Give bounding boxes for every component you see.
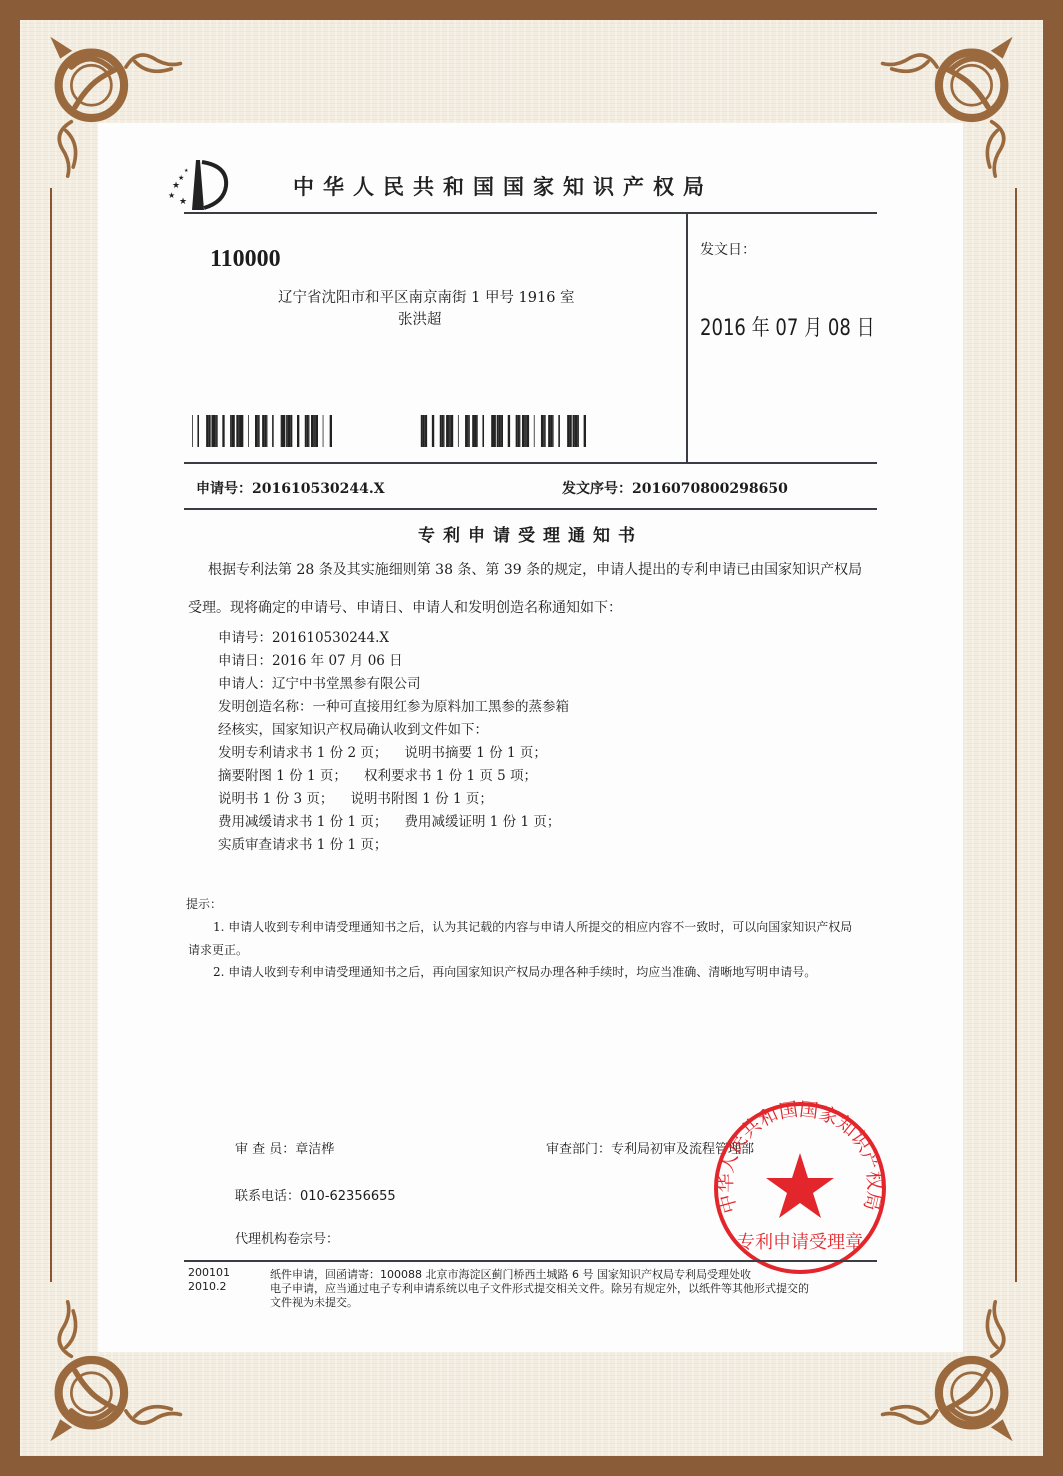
received-documents-row: 发明专利请求书 1 份 2 页； 说明书摘要 1 份 1 页； (218, 741, 547, 761)
cnipa-logo-icon: ★ ★ ★ ★ ★ (166, 158, 236, 213)
tip-1: 1. 申请人收到专利申请受理通知书之后，认为其记载的内容与申请人所提交的相应内容… (213, 918, 852, 935)
tip-1-continued: 请求更正。 (188, 941, 248, 958)
intro-paragraph-line2: 受理。现将确定的申请号、申请日、申请人和发明创造名称通知如下： (188, 597, 622, 617)
received-documents-row: 摘要附图 1 份 1 页； 权利要求书 1 份 1 页 5 项； (218, 764, 537, 784)
footer-line-3: 文件视为未提交。 (270, 1294, 358, 1310)
frame-right-rule (1015, 188, 1017, 1282)
svg-text:★: ★ (184, 168, 189, 174)
recipient-name: 张洪超 (398, 308, 442, 329)
barcode-icon (192, 415, 332, 447)
svg-text:★: ★ (168, 191, 175, 200)
header-column-divider (686, 213, 688, 463)
field-applicant: 申请人：辽宁中书堂黑参有限公司 (218, 672, 421, 692)
svg-text:★: ★ (178, 174, 184, 182)
footer-divider (184, 1260, 877, 1262)
form-version: 2010.2 (188, 1280, 227, 1293)
field-filing-date: 申请日：2016 年 07 月 06 日 (218, 649, 403, 669)
agency-name: 中华人民共和国国家知识产权局 (293, 171, 713, 201)
svg-text:专利申请受理章: 专利申请受理章 (737, 1232, 863, 1253)
issue-date: 2016 年 07 月 08 日 (700, 311, 875, 342)
tip-2: 2. 申请人收到专利申请受理通知书之后，再向国家知识产权局办理各种手续时，均应当… (213, 963, 816, 980)
application-number-header: 申请号：201610530244.X (196, 478, 385, 498)
examiner: 审 查 员：章洁桦 (235, 1138, 334, 1157)
official-seal-icon: 中华人民共和国国家知识产权局 专利申请受理章 (710, 1098, 890, 1278)
issue-date-label: 发文日： (700, 239, 756, 259)
field-invention-title: 发明创造名称：一种可直接用红参为原料加工黑参的蒸参箱 (218, 695, 569, 715)
barcode-icon (420, 415, 586, 447)
contact-phone: 联系电话：010-62356655 (235, 1185, 396, 1204)
received-documents-row: 实质审查请求书 1 份 1 页； (218, 833, 387, 853)
notice-document: ★ ★ ★ ★ ★ 中华人民共和国国家知识产权局 110000 辽宁省沈阳市和平… (98, 123, 963, 1352)
header-divider (184, 212, 877, 214)
barcode-divider (184, 462, 877, 464)
received-documents-row: 费用减缓请求书 1 份 1 页； 费用减缓证明 1 份 1 页； (218, 810, 560, 830)
svg-text:★: ★ (172, 181, 180, 191)
field-application-number: 申请号：201610530244.X (218, 626, 389, 646)
received-documents-row: 说明书 1 份 3 页； 说明书附图 1 份 1 页； (218, 787, 493, 807)
dispatch-serial-number: 发文序号：2016070800298650 (562, 478, 788, 498)
form-code: 200101 (188, 1266, 230, 1279)
intro-paragraph-line1: 根据专利法第 28 条及其实施细则第 38 条、第 39 条的规定，申请人提出的… (208, 559, 862, 579)
postcode: 110000 (210, 246, 281, 273)
agency-file-number: 代理机构卷宗号： (235, 1228, 339, 1247)
svg-text:★: ★ (179, 197, 187, 207)
recipient-address: 辽宁省沈阳市和平区南京南街 1 甲号 1916 室 (278, 286, 575, 307)
tips-label: 提示： (186, 895, 222, 912)
notice-title: 专利申请受理通知书 (98, 521, 963, 546)
info-divider (184, 508, 877, 510)
frame-left-rule (50, 188, 52, 1282)
field-verification: 经核实，国家知识产权局确认收到文件如下： (218, 718, 488, 738)
